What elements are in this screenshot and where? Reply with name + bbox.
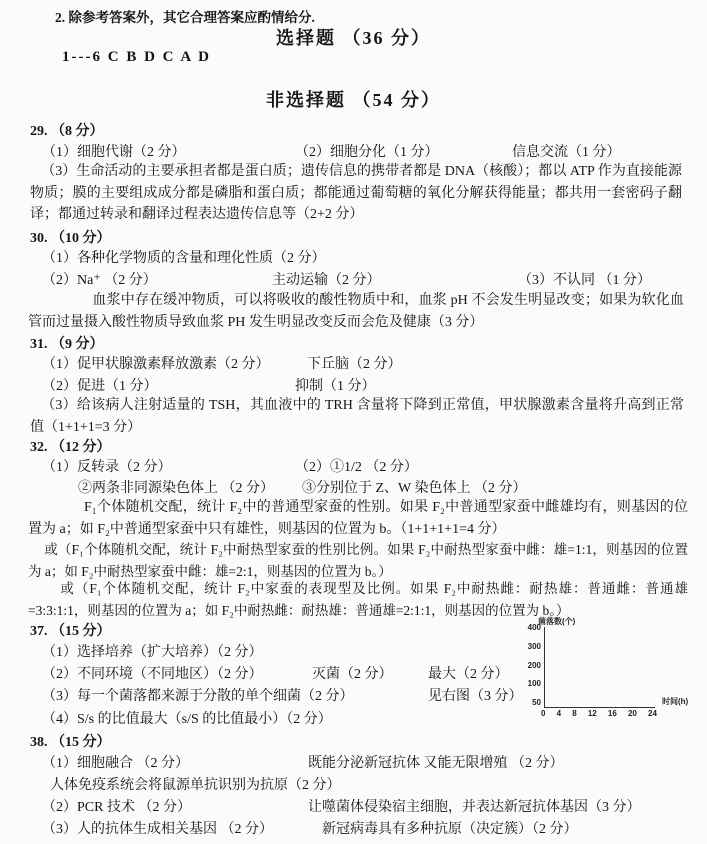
x-tick: 4 [557,709,561,718]
q30-answer-3: 主动运输（2 分） [272,269,381,289]
q38-answer-6: （3）人的抗体生成相关基因 （2 分） [42,818,273,838]
q38-answer-5: 让噬菌体侵染宿主细胞，并表达新冠抗体基因（3 分） [308,796,641,816]
q29-answer-2: （2）细胞分化（1 分） [295,141,439,161]
section-title-multiple-choice: 选择题 （36 分） [0,24,707,50]
q32-title: 32. （12 分） [30,436,111,456]
grading-note: 2. 除参考答案外，其它合理答案应酌情给分. [55,6,315,26]
q32-answer-2: （2）①1/2 （2 分） [295,456,418,476]
q31-answer-5: （3）给该病人注射适量的 TSH，其血液中的 TRH 含量将下降到正常值，甲状腺… [30,395,684,438]
q37-answer-1: （1）选择培养（扩大培养）（2 分） [42,641,263,661]
multiple-choice-answers: 1---6 C B D C A D [62,49,211,66]
q30-row1: （1）各种化学物质的含量和理化性质（2 分） [0,247,707,267]
q29-answer-3: 信息交流（1 分） [512,141,621,161]
q32-answer-3: ②两条非同源染色体上 （2 分） [78,477,274,497]
q30-answer-1: （1）各种化学物质的含量和理化性质（2 分） [42,247,326,267]
q37-answer-7: （4）S/s 的比值最大（s/S 的比值最小）（2 分） [42,708,332,728]
q32-answer-1: （1）反转录（2 分） [42,456,172,476]
q38-title: 38. （15 分） [30,731,111,751]
q31-title: 31. （9 分） [30,333,104,353]
q29-row1: （1）细胞代谢（2 分） （2）细胞分化（1 分） 信息交流（1 分） [0,141,707,161]
y-tick: 100 [528,679,541,688]
q37-answer-5: （3）每一个菌落都来源于分散的单个细菌（2 分） [42,685,354,705]
q32-answer-4: ③分别位于 Z、W 染色体上 （2 分） [302,477,527,497]
q30-answer-2: （2）Na⁺ （2 分） [42,269,157,289]
q37-answer-4: 最大（2 分） [428,663,509,683]
q31-row1: （1）促甲状腺激素释放激素（2 分） 下丘脑（2 分） [0,353,707,373]
q38-answer-1: （1）细胞融合 （2 分） [42,752,189,772]
chart-y-ticks: 400 300 200 100 50 [522,623,541,707]
x-tick: 0 [541,709,545,718]
chart-x-axis-label: 时间(h) [662,696,688,707]
x-tick: 16 [608,709,617,718]
x-tick: 24 [648,709,657,718]
q31-answer-2: 下丘脑（2 分） [307,353,402,373]
q32-answer-5: F₁个体随机交配，统计 F₂中的普通型家蚕的性别。如果 F₂中普通型家蚕中雌雄均… [28,497,688,540]
q38-row1: （1）细胞融合 （2 分） 既能分泌新冠抗体 又能无限增殖 （2 分） [0,752,707,772]
answer-chart: 菌落数(个) 400 300 200 100 50 0 4 8 12 16 20… [522,616,698,728]
chart-y-axis-label: 菌落数(个) [538,616,575,627]
q31-answer-4: 抑制（1 分） [295,375,376,395]
section-title-free-response: 非选择题 （54 分） [0,86,707,112]
x-tick: 20 [628,709,637,718]
x-tick: 8 [572,709,576,718]
y-tick: 300 [528,642,541,651]
q38-row3: （2）PCR 技术 （2 分） 让噬菌体侵染宿主细胞，并表达新冠抗体基因（3 分… [0,796,707,816]
chart-axes [544,627,655,708]
q31-answer-1: （1）促甲状腺激素释放激素（2 分） [42,353,270,373]
q29-answer-4: （3）生命活动的主要承担者都是蛋白质；遗传信息的携带者都是 DNA（核酸）；都以… [30,161,682,226]
q30-row2: （2）Na⁺ （2 分） 主动运输（2 分） （3）不认同 （1 分） [0,269,707,289]
chart-x-ticks: 0 4 8 12 16 20 24 [541,709,657,718]
q38-row4: （3）人的抗体生成相关基因 （2 分） 新冠病毒具有多种抗原（决定簇）（2 分） [0,818,707,838]
q29-answer-1: （1）细胞代谢（2 分） [42,141,186,161]
answer-key-page: 2. 除参考答案外，其它合理答案应酌情给分. 选择题 （36 分） 1---6 … [0,0,707,844]
q32-answer-6: 或（F₁个体随机交配，统计 F₂中耐热型家蚕的性别比例。如果 F₂中耐热型家蚕中… [28,539,688,582]
q38-answer-3: 人体免疫系统会将鼠源单抗识别为抗原（2 分） [50,774,341,794]
x-tick: 12 [588,709,597,718]
q30-title: 30. （10 分） [30,227,111,247]
q37-answer-6: 见右图（3 分） [428,685,523,705]
q31-answer-3: （2）促进（1 分） [42,375,158,395]
q38-answer-4: （2）PCR 技术 （2 分） [42,796,191,816]
q32-row1: （1）反转录（2 分） （2）①1/2 （2 分） [0,456,707,476]
q31-row2: （2）促进（1 分） 抑制（1 分） [0,375,707,395]
q38-answer-2: 既能分泌新冠抗体 又能无限增殖 （2 分） [308,752,564,772]
q32-answer-7: 或（F₁个体随机交配，统计 F₂中家蚕的表现型及比例。如果 F₂中耐热雌：耐热雄… [28,578,688,621]
q37-answer-3: 灭菌（2 分） [312,663,393,683]
q37-answer-2: （2）不同环境（不同地区）（2 分） [42,663,263,683]
q38-answer-7: 新冠病毒具有多种抗原（决定簇）（2 分） [322,818,578,838]
q30-answer-4: （3）不认同 （1 分） [518,269,651,289]
q30-answer-5: 血浆中存在缓冲物质，可以将吸收的酸性物质中和，血浆 pH 不会发生明显改变；如果… [28,290,684,333]
y-tick: 200 [528,661,541,670]
y-tick: 50 [532,698,541,707]
q38-row2: 人体免疫系统会将鼠源单抗识别为抗原（2 分） [0,774,707,794]
q37-title: 37. （15 分） [30,620,111,640]
q32-row2: ②两条非同源染色体上 （2 分） ③分别位于 Z、W 染色体上 （2 分） [0,477,707,497]
q29-title: 29. （8 分） [30,120,104,140]
y-tick: 400 [528,623,541,632]
